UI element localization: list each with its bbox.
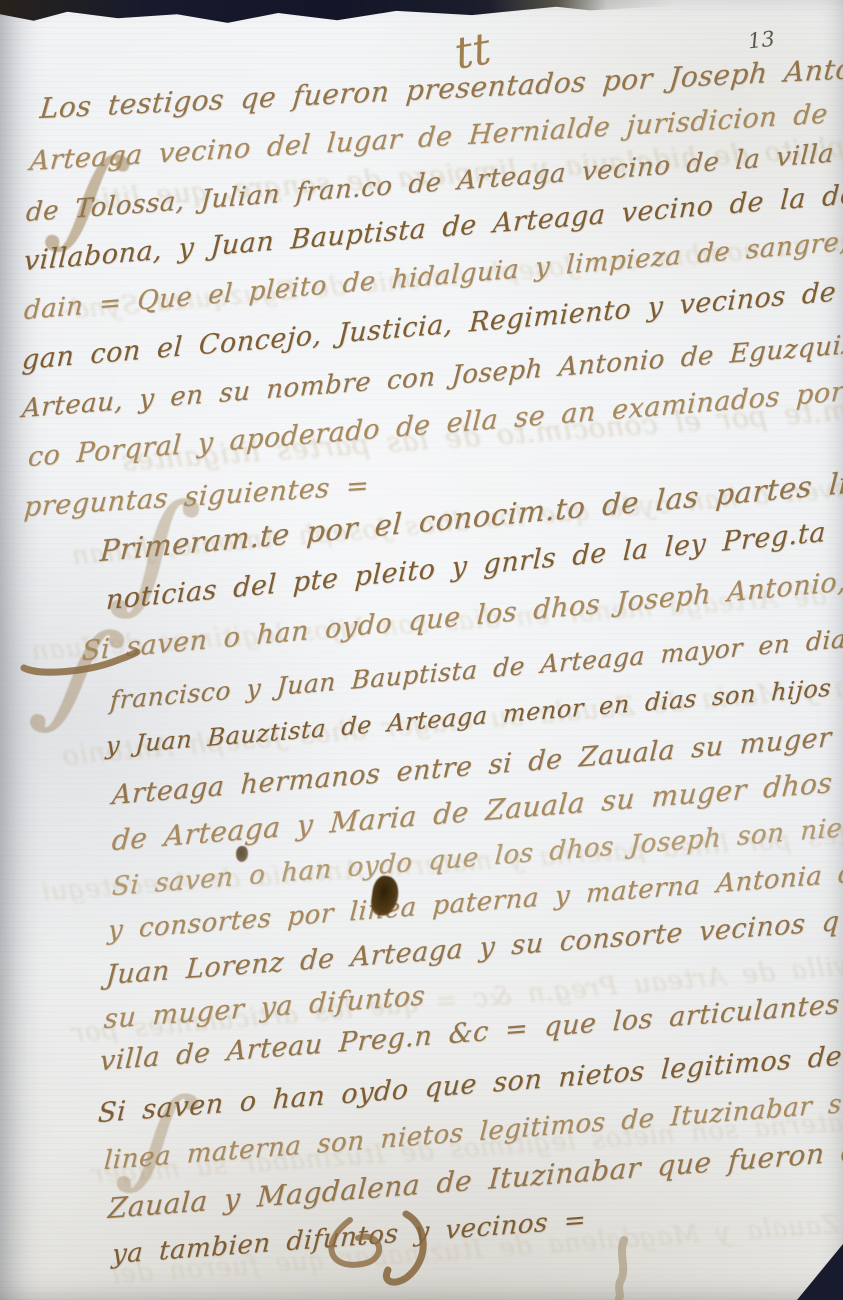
bottom-rubric-flourish: [310, 1212, 530, 1300]
ink-blot: [236, 846, 248, 862]
ink-smear: [608, 1238, 638, 1300]
folio-number: 13: [747, 27, 776, 54]
manuscript-page: dain = Que el pleito de hidalguia y limp…: [0, 0, 843, 1300]
scan-top-edge: [0, 0, 843, 26]
margin-dash-flourish: [18, 648, 143, 678]
scan-bottom-right-corner: [797, 1244, 843, 1300]
